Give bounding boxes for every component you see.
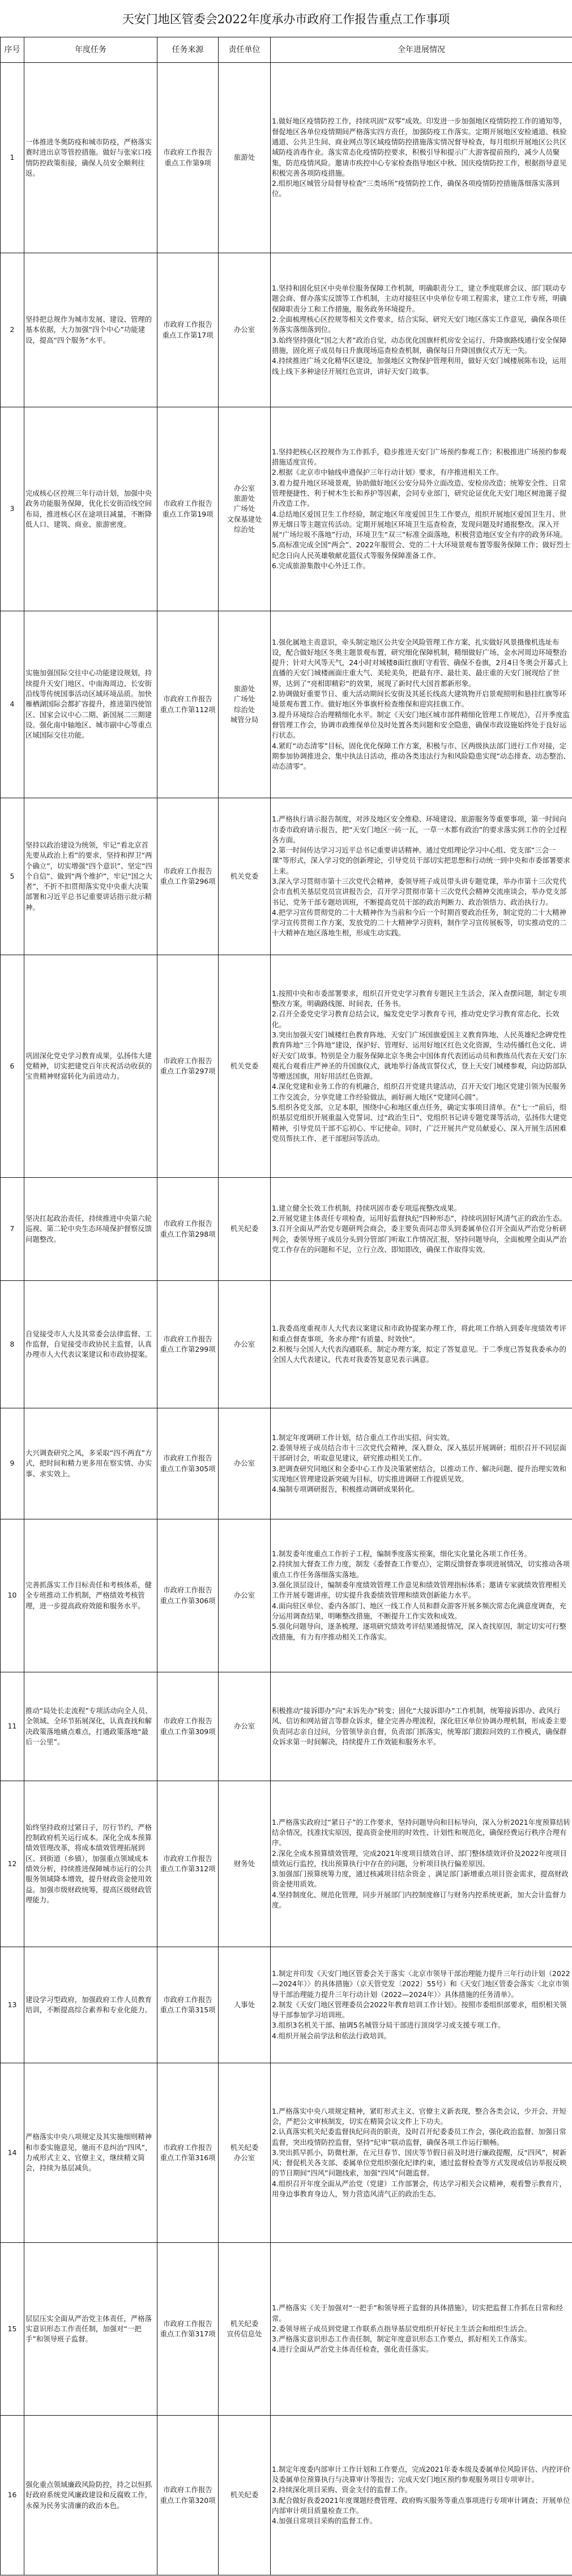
unit-name: 机关党委: [220, 871, 269, 882]
table-row: 12始终坚持政府过紧日子，厉行节约，严格控制政府机关运行成本。深化全成本预算绩效…: [1, 1781, 572, 1947]
progress-item: 1.严格落实《关于加强对“一把手”和领导班子监督的具体措施》，切实把监督工作抓在…: [272, 2303, 571, 2324]
task-source: 市政府工作报告重点工作第305项: [157, 1408, 219, 1519]
header-no: 序号: [1, 37, 24, 63]
unit-name: 旅游处: [220, 684, 269, 694]
task-source: 市政府工作报告重点工作第299项: [157, 1281, 219, 1408]
annual-progress: 1.严格执行请示报告制度，对涉及地区安全维稳、环境建设、旅游服务等重要事项，第一…: [271, 798, 572, 955]
header-source: 任务来源: [157, 37, 219, 63]
annual-progress: 1.建立健全长效工作机制，持续巩固市委专项巡视整改成果。2.开展党建主体责任专项…: [271, 1178, 572, 1281]
responsible-unit: 机关纪委: [219, 1178, 271, 1281]
progress-item: 3.深入学习贯彻市第十三次党代会精神，委领导班子成员带头讲专题党课，举办市第十三…: [272, 876, 571, 908]
task-source: 市政府工作报告重点工作第309项: [157, 1672, 219, 1781]
row-number: 6: [1, 955, 24, 1178]
row-number: 2: [1, 253, 24, 407]
progress-item: 4.加强日常项目采购的监督工作。: [272, 2516, 571, 2526]
annual-task: 推动“局处长走流程”专项活动向全人员、全领域、全环节拓展深化，认真查找和解决政策…: [24, 1672, 157, 1781]
annual-task: 始终坚持政府过紧日子，厉行节约，严格控制政府机关运行成本。深化全成本预算绩效管理…: [24, 1781, 157, 1947]
progress-item: 2.第一时间传达学习习近平总书记重要讲话精神。通过党组理论学习中心组、党支部“三…: [272, 845, 571, 876]
progress-item: 4.深化党建和业务工作的有机融合，组织召开党建共建活动，召开天安门地区党建引领为…: [272, 1082, 571, 1102]
progress-item: 2.开展党建主体责任专项检查，运用好监督执纪“四种形态”，持续巩固好风清气正的政…: [272, 1214, 571, 1224]
annual-task: 层层压实全面从严治党主体责任，严格落实意识形态工作责任制，加强对“一把手”和领导…: [24, 2243, 157, 2416]
annual-task: 严格落实中央八项规定及其实施细则精神和市委实施意见，驰而不息纠治“四风”，力戒形…: [24, 2063, 157, 2243]
progress-item: 1.做好地区疫情防控工作，持续巩固“双零”成效。印发进一步加强地区疫情防控工作的…: [272, 116, 571, 178]
progress-item: 3.突出加强天安门城楼红色教育阵地、天安门广场国旗爱国主义教育阵地、人民英雄纪念…: [272, 1030, 571, 1082]
unit-name: 广场处: [220, 504, 269, 514]
progress-item: 2.协调做好重要节日、重大活动期间长安街及其延长线高大建筑物开启景观照明和悬挂红…: [272, 689, 571, 710]
table-row: 3完成核心区控规三年行动计划，加强中央政务功能服务保障，优化长安街沿线空间布局，…: [1, 407, 572, 611]
unit-name: 人事处: [220, 2000, 269, 2010]
responsible-unit: 机关党委: [219, 955, 271, 1178]
progress-item: 3.提升环境综合治理精细化水平。制定《天安门地区城市部件精细化管理工作规范》，召…: [272, 710, 571, 741]
task-source: 市政府工作报告重点工作第317项: [157, 2243, 219, 2416]
progress-item: 5.强化问题导向，逐条梳理、逐项研究绩效考评结果通报情况，深入查找原因，制定切实…: [272, 1621, 571, 1642]
responsible-unit: 机关纪委: [219, 2416, 271, 2575]
header-unit: 责任单位: [219, 37, 271, 63]
unit-name: 办公室: [220, 1339, 269, 1349]
task-source: 市政府工作报告重点工作第112项: [157, 611, 219, 798]
progress-item: 2.全面梳理核心区控规等相关文件要求，结合实际，研究天安门地区落实工作意见，确保…: [272, 314, 571, 335]
annual-task: 巩固深化党史学习教育成果，弘扬伟大建党精神，切实把建党百年庆祝活动收获的宝贵精神…: [24, 955, 157, 1178]
annual-progress: 1.严格落实《关于加强对“一把手”和领导班子监督的具体措施》，切实把监督工作抓在…: [271, 2243, 572, 2416]
task-source: 市政府工作报告重点工作第316项: [157, 2063, 219, 2243]
unit-name: 广场处: [220, 694, 269, 704]
task-source: 市政府工作报告重点工作第298项: [157, 1178, 219, 1281]
table-row: 15层层压实全面从严治党主体责任，严格落实意识形态工作责任制，加强对“一把手”和…: [1, 2243, 572, 2416]
progress-item: 2.委领导班子成员到党建工作联系点指导基层党组织开好民主生活会和组织生活会。: [272, 2324, 571, 2334]
progress-item: 3.加强部门预算统筹力度，通过核减项目结余资金 ，满足部门新增重点项目资金需求，…: [272, 1869, 571, 1890]
row-number: 11: [1, 1672, 24, 1781]
unit-name: 办公室: [220, 325, 269, 335]
progress-item: 6.完成旅游集散中心外迁工作。: [272, 561, 571, 571]
progress-item: 2.组织地区城管分局督导检查“三类场所”疫情防控工作，确保各项疫情防控措施落细落…: [272, 178, 571, 199]
document-title: 天安门地区管委会2022年度承办市政府工作报告重点工作事项: [0, 0, 572, 37]
progress-item: 1.制发委年度重点工作折子工程，编制季度落实预案，细化实化量化各项工作任务。: [272, 1549, 571, 1559]
unit-name: 综治处: [220, 525, 269, 535]
row-number: 4: [1, 611, 24, 798]
responsible-unit: 机关纪委宣传信息处: [219, 2243, 271, 2416]
unit-name: 机关纪委: [220, 2319, 269, 2329]
annual-progress: 1.强化属地主责意识，牵头制定地区公共安全风险管理工作方案，扎实做好风景摄像机选…: [271, 611, 572, 798]
responsible-unit: 旅游处: [219, 63, 271, 253]
table-row: 13建设学习型政府，加强政府工作人员教育培训，不断提高综合素养和专业化能力。市政…: [1, 1947, 572, 2063]
annual-progress: 1.我委高度重视市人大代表议案建议和市政协提案办理工作，将此项工作纳入到委年度绩…: [271, 1281, 572, 1408]
progress-item: 4.组织开展会前学法和依法行政培训。: [272, 2031, 571, 2041]
row-number: 7: [1, 1178, 24, 1281]
task-source: 市政府工作报告重点工作第315项: [157, 1947, 219, 2063]
progress-item: 3.召开全面从严治党专题研判会商会，委主要负责同志带头到委属单位召开全面从严治党…: [272, 1224, 571, 1255]
progress-item: 4.面向驻区单位、委内各部门、地区一线工作人员和群众游客开展多频次常态化满意度调…: [272, 1601, 571, 1622]
task-source: 市政府工作报告重点工作第297项: [157, 955, 219, 1178]
progress-item: 1.严格落实中央八项规定精神，紧盯形式主义、官僚主义新表现，整合各类会议，少开会…: [272, 2106, 571, 2127]
table-row: 11推动“局处长走流程”专项活动向全人员、全领域、全环节拓展深化，认真查找和解决…: [1, 1672, 572, 1781]
row-number: 16: [1, 2416, 24, 2575]
row-number: 14: [1, 2063, 24, 2243]
table-row: 10完善抓落实工作目标责任和考核体系，健全专班推动工作机制，严格绩效考核管理，进…: [1, 1519, 572, 1672]
row-number: 8: [1, 1281, 24, 1408]
annual-progress: 积极推动“接诉即办”向“未诉先办”转变；固化“大接诉即办”工作机制，统筹接诉即办…: [271, 1672, 572, 1781]
unit-name: 办公室: [220, 1458, 269, 1468]
progress-item: 4.组织召开年度全面从严治党（党建）工作部署会，传达学习相关会议精神，观看警示教…: [272, 2179, 571, 2200]
annual-task: 完善抓落实工作目标责任和考核体系，健全专班推动工作机制，严格绩效考核管理，进一步…: [24, 1519, 157, 1672]
annual-task: 坚持把总规作为城市发展、建设、管理的基本依据，大力加强“四个中心”功能建设，提高…: [24, 253, 157, 407]
table-row: 1一体推进冬奥防疫和城市防疫，严格落实赛时进出京等管控措施。做好与张家口疫情防控…: [1, 63, 572, 253]
progress-item: 4.坚持制度化、规范化管理，同步开展部门内控制度修订与财务内控系统更新，加大会计…: [272, 1890, 571, 1911]
task-source: 市政府工作报告重点工作第320项: [157, 2416, 219, 2575]
annual-task: 坚持以政治建设为统领，牢记“看北京首先要从政治上看”的要求，坚持和捍卫“两个确立…: [24, 798, 157, 955]
task-source: 市政府工作报告重点工作第17项: [157, 253, 219, 407]
progress-item: 3.强化顶层设计，编制委年度绩效管理工作意见和绩效管理指标体系；邀请专家就绩效管…: [272, 1580, 571, 1601]
progress-item: 2.召开全委党史学习教育总结会议，编发党史学习教育专刊，推动党史学习教育常态化、…: [272, 1009, 571, 1030]
progress-item: 2.积极与全国人大代表沟通联系，制定办理方案，拟定了答复意见。于二季度已答复我委…: [272, 1344, 571, 1365]
annual-progress: 1.严格落实中央八项规定精神，紧盯形式主义、官僚主义新表现，整合各类会议，少开会…: [271, 2063, 572, 2243]
table-row: 7坚决扛起政治责任，持续推进中央第六轮巡视、第二轮中央生态环境保护督察反馈问题整…: [1, 1178, 572, 1281]
responsible-unit: 办公室旅游处广场处文保基建处综治处: [219, 407, 271, 611]
annual-progress: 1.制定年度调研工作计划，结合重点工作出实招、问实效。2.委领导班子成员结合市十…: [271, 1408, 572, 1519]
progress-item: 4.进行全面从严治党主体责任检查，强化责任落实。: [272, 2344, 571, 2354]
responsible-unit: 办公室: [219, 1519, 271, 1672]
progress-item: 3.组织3名机关干部、抽调5名城管分局干部进行顶岗学习或支援专项工作。: [272, 2020, 571, 2030]
unit-name: 办公室: [220, 1590, 269, 1600]
responsible-unit: 办公室: [219, 1281, 271, 1408]
table-row: 2坚持把总规作为城市发展、建设、管理的基本依据，大力加强“四个中心”功能建设，提…: [1, 253, 572, 407]
progress-item: 4.把学习宣传贯彻党的二十大精神作为当前和今后一个时期首要政治任务，制定党的二十…: [272, 908, 571, 939]
table-header-row: 序号 年度任务 任务来源 责任单位 全年进展情况: [1, 37, 572, 63]
progress-item: 1.坚持和固化驻区中央单位服务保障工作机制，明确职责分工，建立季度联席会议、部门…: [272, 283, 571, 314]
task-source: 市政府工作报告重点工作第296项: [157, 798, 219, 955]
annual-task: 大兴调查研究之风，多采取“四不两直”方式，把时间和精力更多用在察实情、办实事、求…: [24, 1408, 157, 1519]
responsible-unit: 旅游处广场处综治处城管分局: [219, 611, 271, 798]
unit-name: 旅游处: [220, 493, 269, 504]
annual-task: 一体推进冬奥防疫和城市防疫，严格落实赛时进出京等管控措施。做好与张家口疫情防控政…: [24, 63, 157, 253]
annual-task: 坚决扛起政治责任，持续推进中央第六轮巡视、第二轮中央生态环境保护督察反馈问题整改…: [24, 1178, 157, 1281]
unit-name: 宣传信息处: [220, 2329, 269, 2339]
progress-item: 3.配合做好我委2021年度课题经费管理、政府购买服务等重点事项进行专项审计调查…: [272, 2496, 571, 2517]
table-row: 14严格落实中央八项规定及其实施细则精神和市委实施意见，驰而不息纠治“四风”，力…: [1, 2063, 572, 2243]
row-number: 5: [1, 798, 24, 955]
table-body: 1一体推进冬奥防疫和城市防疫，严格落实赛时进出京等管控措施。做好与张家口疫情防控…: [1, 63, 572, 2575]
annual-progress: 1.坚持把核心区控规作为工作抓手，稳步推进天安门广场预约参观工作；积极推进广场预…: [271, 407, 572, 611]
row-number: 13: [1, 1947, 24, 2063]
progress-item: 3.严格落实意识形态工作责任制，制定年度意识形态工作要点，抓好相关工作落实。: [272, 2334, 571, 2344]
progress-item: 1.制定并印发《天安门地区管委会关于落实〈北京市领导干部治理能力提升三年行动计划…: [272, 1969, 571, 2000]
task-source: 市政府工作报告重点工作第312项: [157, 1781, 219, 1947]
annual-progress: 1.严格落实政府过“紧日子”的工作要求，坚持问题导向和目标导向，深入分析2021…: [271, 1781, 572, 1947]
progress-item: 1.严格执行请示报告制度，对涉及地区安全维稳、环境建设、旅游服务等重要事项，第一…: [272, 814, 571, 845]
annual-progress: 1.制发委年度重点工作折子工程，编制季度落实预案，细化实化量化各项工作任务。2.…: [271, 1519, 572, 1672]
unit-name: 旅游处: [220, 152, 269, 163]
progress-item: 1.强化属地主责意识，牵头制定地区公共安全风险管理工作方案，扎实做好风景摄像机选…: [272, 637, 571, 689]
row-number: 9: [1, 1408, 24, 1519]
progress-item: 3.突出抓早抓小，防微杜渐，在元旦春节、国庆等节假日前及时进行廉政提醒，反“四风…: [272, 2148, 571, 2179]
progress-item: 2.持续加大督查工作力度，制发《委督查工作要点》，定期反馈督查事项进展情况，切实…: [272, 1559, 571, 1580]
table-row: 9大兴调查研究之风，多采取“四不两直”方式，把时间和精力更多用在察实情、办实事、…: [1, 1408, 572, 1519]
unit-name: 机关纪委: [220, 2143, 269, 2153]
unit-name: 综治处: [220, 705, 269, 715]
task-source: 市政府工作报告重点工作第19项: [157, 407, 219, 611]
progress-item: 1.严格落实政府过“紧日子”的工作要求，坚持问题导向和目标导向，深入分析2021…: [272, 1817, 571, 1849]
progress-item: 1.建立健全长效工作机制，持续巩固市委专项巡视整改成果。: [272, 1203, 571, 1214]
unit-name: 机关纪委: [220, 1224, 269, 1234]
annual-task: 自觉接受市人大及其常委会法律监督、工作监督，自觉接受市政协民主监督，认真办理市人…: [24, 1281, 157, 1408]
responsible-unit: 办公室: [219, 253, 271, 407]
responsible-unit: 办公室: [219, 1408, 271, 1519]
unit-name: 办公室: [220, 1721, 269, 1731]
annual-task: 实施加强国际交往中心功能建设规划，持续提升天安门地区、中南海周边、长安街沿线等传…: [24, 611, 157, 798]
header-progress: 全年进展情况: [271, 37, 572, 63]
progress-item: 3.着力提升地区环境景观，协助做好地区公安分局外立面改造、安检房改造；统筹安全性…: [272, 478, 571, 509]
unit-name: 文保基建处: [220, 514, 269, 525]
responsible-unit: 人事处: [219, 1947, 271, 2063]
progress-item: 1.制定年度委内部审计工作计划和工作要点，完成2021年委本级及委属单位风险评估…: [272, 2464, 571, 2485]
progress-item: 1.按照中央和市委部署要求，组织召开党史学习教育专题民主生活会，深入查摆问题，制…: [272, 989, 571, 1010]
progress-item: 5.组织各党支部，立足本职，围绕中心和地区重点任务，确定实事项目清单。在“七一”…: [272, 1102, 571, 1144]
annual-progress: 1.制定年度委内部审计工作计划和工作要点，完成2021年委本级及委属单位风险评估…: [271, 2416, 572, 2575]
row-number: 10: [1, 1519, 24, 1672]
unit-name: 机关纪委: [220, 2490, 269, 2500]
header-task: 年度任务: [24, 37, 157, 63]
annual-progress: 1.按照中央和市委部署要求，组织召开党史学习教育专题民主生活会，深入查摆问题，制…: [271, 955, 572, 1178]
responsible-unit: 机关纪委办公室: [219, 2063, 271, 2243]
row-number: 1: [1, 63, 24, 253]
table-row: 5坚持以政治建设为统领，牢记“看北京首先要从政治上看”的要求，坚持和捍卫“两个确…: [1, 798, 572, 955]
progress-item: 1.坚持把核心区控规作为工作抓手，稳步推进天安门广场预约参观工作；积极推进广场预…: [272, 447, 571, 468]
unit-name: 办公室: [220, 483, 269, 493]
progress-item: 3.把调查研究同地区和全委中心工作及决策紧密结合，以推动工作、解决问题、提升治理…: [272, 1464, 571, 1485]
task-source: 市政府工作报告重点工作第9项: [157, 63, 219, 253]
progress-item: 2.制发《天安门地区管理委员会2022年教育培训工作计划》。按照市委组织部要求，…: [272, 2000, 571, 2021]
progress-item: 1.制定年度调研工作计划，结合重点工作出实招、问实效。: [272, 1433, 571, 1443]
progress-item: 3.始终坚持强化“国之大者”政治自觉，动态优化国旗杆机房安全运行、升降旗路线通行…: [272, 335, 571, 356]
task-source: 市政府工作报告重点工作第306项: [157, 1519, 219, 1672]
progress-item: 1.我委高度重视市人大代表议案建议和市政协提案办理工作，将此项工作纳入到委年度绩…: [272, 1323, 571, 1344]
progress-item: 4.总结地区爱国卫生工作经验，制定地区年度爱国卫生工作要点，组织开展地区爱国卫生…: [272, 509, 571, 540]
row-number: 3: [1, 407, 24, 611]
table-row: 6巩固深化党史学习教育成果，弘扬伟大建党精神，切实把建党百年庆祝活动收获的宝贵精…: [1, 955, 572, 1178]
responsible-unit: 机关党委: [219, 798, 271, 955]
annual-progress: 1.做好地区疫情防控工作，持续巩固“双零”成效。印发进一步加强地区疫情防控工作的…: [271, 63, 572, 253]
annual-progress: 1.制定并印发《天安门地区管委会关于落实〈北京市领导干部治理能力提升三年行动计划…: [271, 1947, 572, 2063]
progress-item: 2.委领导班子成员结合市十三次党代会精神，深入群众、深入基层开展调研；组织召开不…: [272, 1443, 571, 1464]
progress-item: 5.高标准完成全国“两会”、2022年服贸会、党的二十大环境景观布置等服务保障工…: [272, 540, 571, 561]
table-row: 8自觉接受市人大及其常委会法律监督、工作监督，自觉接受市政协民主监督，认真办理市…: [1, 1281, 572, 1408]
unit-name: 财务处: [220, 1859, 269, 1869]
table-row: 4实施加强国际交往中心功能建设规划，持续提升天安门地区、中南海周边、长安街沿线等…: [1, 611, 572, 798]
work-items-table: 序号 年度任务 任务来源 责任单位 全年进展情况 1一体推进冬奥防疫和城市防疫，…: [0, 37, 572, 2575]
progress-item: 2.根据《北京市中轴线申遗保护三年行动计划》要求，有序推进相关工作。: [272, 467, 571, 478]
progress-item: 2.持续深化项目采购、资金支付的监督工作。: [272, 2485, 571, 2495]
table-row: 16强化重点领域廉政风险防控，持之以恒抓好政府系统党风廉政建设和反腐败工作，永葆…: [1, 2416, 572, 2575]
unit-name: 机关党委: [220, 1061, 269, 1071]
progress-item: 4.持续推进广场文化精华区建设，加强地区文物保护管理利用，做好天安门城楼展陈布设…: [272, 356, 571, 377]
row-number: 12: [1, 1781, 24, 1947]
annual-task: 完成核心区控规三年行动计划，加强中央政务功能服务保障，优化长安街沿线空间布局，推…: [24, 407, 157, 611]
annual-task: 建设学习型政府，加强政府工作人员教育培训，不断提高综合素养和专业化能力。: [24, 1947, 157, 2063]
progress-item: 积极推动“接诉即办”向“未诉先办”转变；固化“大接诉即办”工作机制，统筹接诉即办…: [272, 1706, 571, 1747]
responsible-unit: 财务处: [219, 1781, 271, 1947]
annual-task: 强化重点领域廉政风险防控，持之以恒抓好政府系统党风廉政建设和反腐败工作，永葆为民…: [24, 2416, 157, 2575]
progress-item: 4.编制专项调研报告，积极推动调研成果转化。: [272, 1484, 571, 1494]
row-number: 15: [1, 2243, 24, 2416]
progress-item: 2.认真落实机关纪委监督执纪问责的职责，及时召开纪委委员工作会，强化政治监督、加…: [272, 2127, 571, 2148]
progress-item: 2.深化全成本预算绩效管理，完成2021年度项目绩效自评、部门整体绩效评价及20…: [272, 1849, 571, 1870]
progress-item: 4.紧盯“动态清零”目标，固化优化保障工作方案，积极与市、区两级执法部门进行工作…: [272, 741, 571, 772]
annual-progress: 1.坚持和固化驻区中央单位服务保障工作机制，明确职责分工，建立季度联席会议、部门…: [271, 253, 572, 407]
unit-name: 办公室: [220, 2153, 269, 2163]
unit-name: 城管分局: [220, 715, 269, 725]
responsible-unit: 办公室: [219, 1672, 271, 1781]
